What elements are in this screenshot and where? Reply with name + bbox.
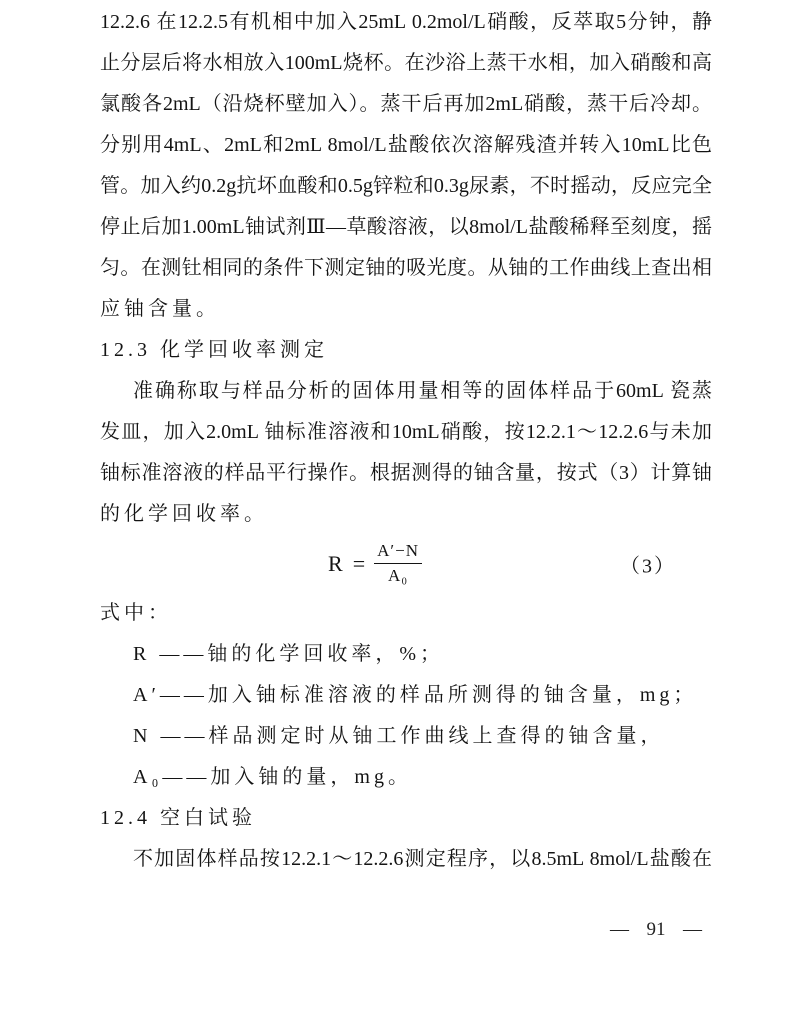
- text-line: 应铀含量。: [100, 289, 712, 330]
- definition-line: A′——加入铀标准溶液的样品所测得的铀含量，mg；: [100, 675, 712, 716]
- document-page: 12.2.6 在12.2.5有机相中加入25mL 0.2mol/L硝酸，反萃取5…: [0, 0, 800, 1013]
- footer-dash-left: —: [610, 916, 629, 944]
- text-line: 铀标准溶液的样品平行操作。根据测得的铀含量，按式（3）计算铀: [100, 453, 712, 494]
- text-line: 氯酸各2mL（沿烧杯壁加入）。蒸干后再加2mL硝酸，蒸干后冷却。: [100, 84, 712, 125]
- formula-number: （3）: [620, 550, 676, 579]
- section-heading-12-4: 12.4 空白试验: [100, 798, 712, 839]
- formula-3: R = A′−N A₀ （3）: [100, 535, 712, 593]
- text-line: 的化学回收率。: [100, 494, 712, 535]
- formula-equals-sign: =: [353, 551, 365, 577]
- page-footer: — 91 —: [610, 916, 702, 944]
- text-line: 匀。在测钍相同的条件下测定铀的吸光度。从铀的工作曲线上查出相: [100, 248, 712, 289]
- formula-denominator: A₀: [388, 564, 408, 586]
- definition-line: R ——铀的化学回收率，%；: [100, 634, 712, 675]
- text-line: 准确称取与样品分析的固体用量相等的固体样品于60mL 瓷蒸: [100, 371, 712, 412]
- text-line: 不加固体样品按12.2.1～12.2.6测定程序，以8.5mL 8mol/L盐酸…: [100, 839, 712, 880]
- text-line: 管。加入约0.2g抗坏血酸和0.5g锌粒和0.3g尿素，不时摇动，反应完全: [100, 166, 712, 207]
- text-line: 分别用4mL、2mL和2mL 8mol/L盐酸依次溶解残渣并转入10mL比色: [100, 125, 712, 166]
- formula-expression: R = A′−N A₀: [328, 535, 422, 593]
- formula-fraction: A′−N A₀: [374, 540, 422, 586]
- definition-line: N ——样品测定时从铀工作曲线上查得的铀含量，mg；: [100, 716, 712, 757]
- formula-lhs: R: [328, 551, 344, 577]
- text-line: 12.2.6 在12.2.5有机相中加入25mL 0.2mol/L硝酸，反萃取5…: [100, 2, 712, 43]
- formula-numerator: A′−N: [374, 540, 422, 563]
- text-line: 发皿，加入2.0mL 铀标准溶液和10mL硝酸，按12.2.1～12.2.6与未…: [100, 412, 712, 453]
- text-line: 止分层后将水相放入100mL烧杯。在沙浴上蒸干水相，加入硝酸和高: [100, 43, 712, 84]
- section-heading-12-3: 12.3 化学回收率测定: [100, 330, 712, 371]
- text-line: 停止后加1.00mL铀试剂Ⅲ—草酸溶液，以8mol/L盐酸稀释至刻度，摇: [100, 207, 712, 248]
- text-line: 式中：: [100, 593, 712, 634]
- page-content: 12.2.6 在12.2.5有机相中加入25mL 0.2mol/L硝酸，反萃取5…: [100, 2, 712, 880]
- footer-page-number: 91: [647, 916, 666, 944]
- footer-dash-right: —: [683, 916, 702, 944]
- definition-line: A₀——加入铀的量，mg。: [100, 757, 712, 798]
